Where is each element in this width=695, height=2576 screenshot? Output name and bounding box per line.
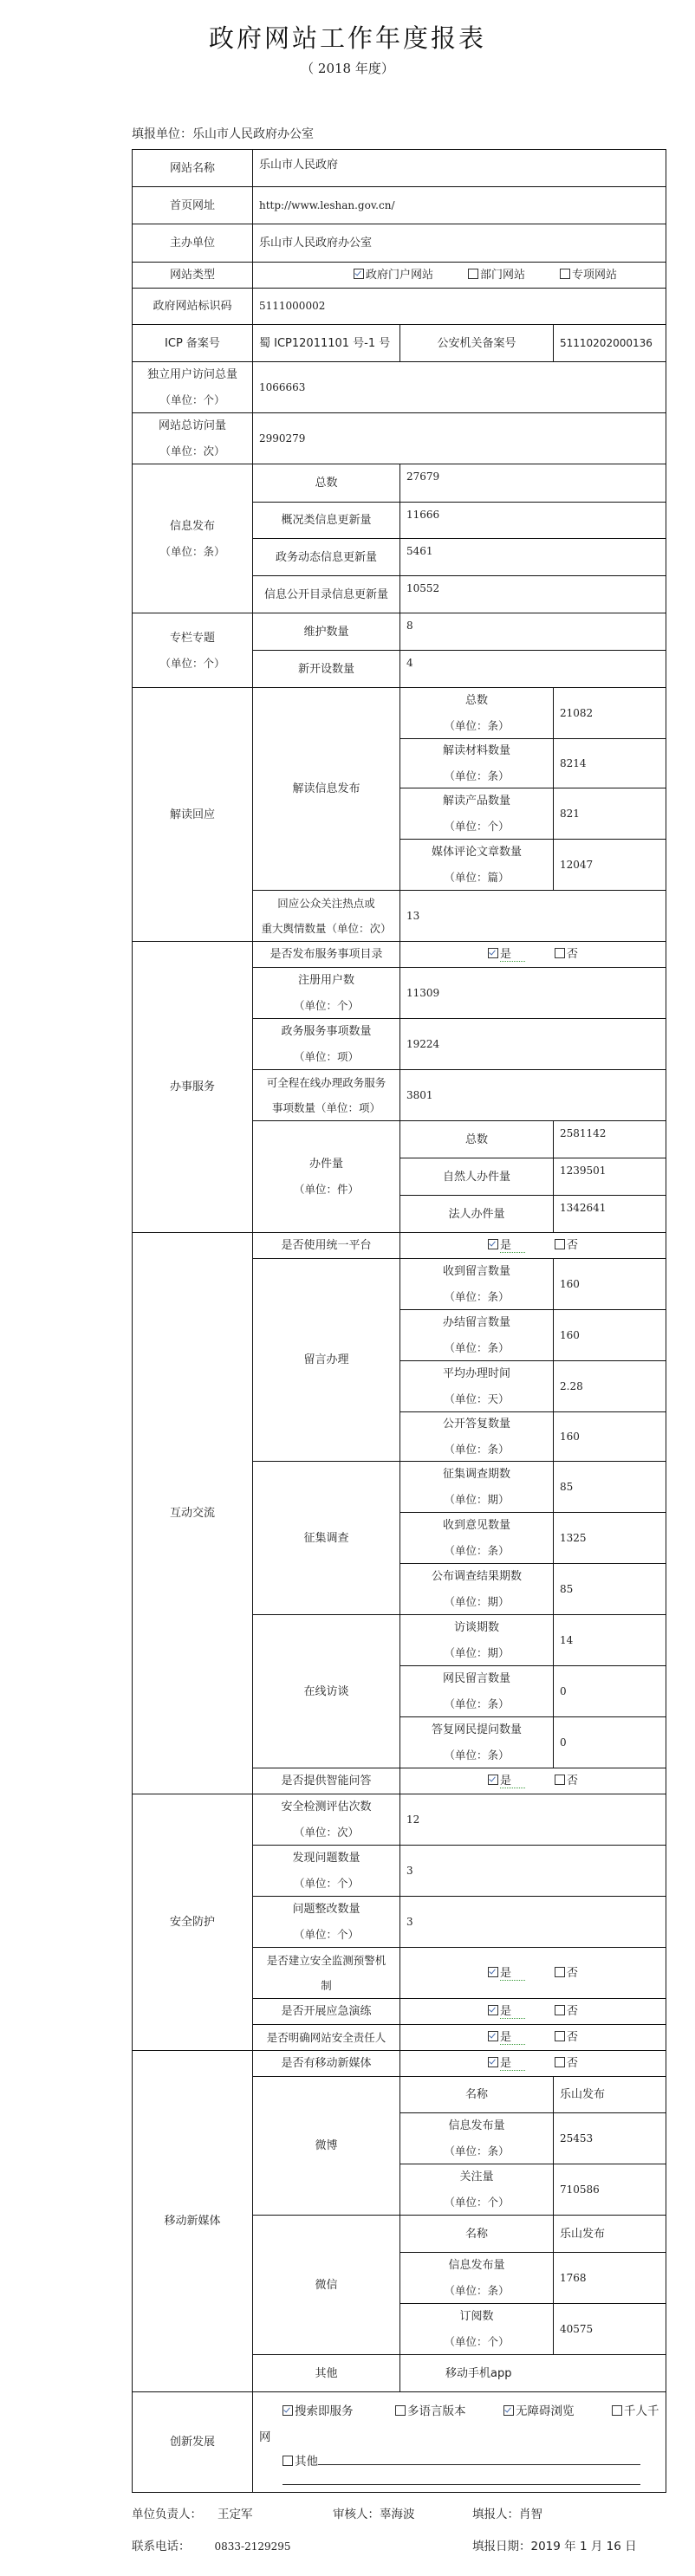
msg-received-value: 160 (553, 1258, 666, 1310)
innovation-options: 搜索即服务 多语言版本 无障碍浏览 千人千 网 其他 (252, 2391, 666, 2493)
interp-product-label: 解读产品数量（单位：个） (399, 788, 554, 840)
msg-received-label: 收到留言数量（单位：条） (399, 1258, 554, 1310)
msg-closed-label: 办结留言数量（单位：条） (399, 1309, 554, 1361)
opt-personalized[interactable]: 千人千 (612, 2401, 659, 2418)
police-value: 51110202000136 (553, 324, 666, 362)
info-dynamics-label: 政务动态信息更新量 (252, 538, 400, 576)
survey-periods-label: 征集调查期数（单位：期） (399, 1461, 554, 1513)
columns-maintain-value: 8 (399, 613, 666, 651)
owner-label: 是否明确网站安全责任人 (252, 2024, 400, 2051)
msg-public-value: 160 (553, 1411, 666, 1462)
columns-maintain-label: 维护数量 (252, 613, 400, 651)
yes-option[interactable]: 是 (488, 2051, 525, 2076)
site-type-department[interactable]: 部门网站 (468, 263, 525, 288)
interview-answers-label: 答复网民提问数量（单位：条） (399, 1716, 554, 1768)
catalog-yes-no: 是否 (399, 941, 666, 968)
security-found-value: 3 (399, 1845, 666, 1897)
yes-option[interactable]: 是 (488, 1961, 525, 1986)
cases-label: 办件量（单位：件） (252, 1120, 400, 1233)
innovation-label: 创新发展 (132, 2391, 253, 2493)
cases-total-value: 2581142 (553, 1120, 666, 1158)
fill-unit-value: 乐山市人民政府办公室 (192, 127, 314, 141)
checkbox-empty-icon[interactable] (612, 2405, 622, 2416)
reviewer: 审核人：辜海波 (333, 2504, 415, 2521)
site-type-special[interactable]: 专项网站 (560, 263, 617, 288)
info-catalog-label: 信息公开目录信息更新量 (252, 575, 400, 613)
checkbox-empty-icon[interactable] (555, 2057, 565, 2067)
checkbox-empty-icon[interactable] (555, 2031, 565, 2041)
survey-opinions-label: 收到意见数量（单位：条） (399, 1512, 554, 1564)
msg-avg-time-label: 平均办理时间（单位：天） (399, 1360, 554, 1412)
interview-periods-label: 访谈期数（单位：期） (399, 1614, 554, 1666)
checkbox-checked-icon[interactable] (283, 2405, 293, 2416)
msg-avg-time-value: 2.28 (553, 1360, 666, 1412)
security-found-label: 发现问题数量（单位：个） (252, 1845, 400, 1897)
info-overview-label: 概况类信息更新量 (252, 502, 400, 539)
checkbox-empty-icon[interactable] (560, 269, 570, 279)
checkbox-empty-icon[interactable] (395, 2405, 406, 2416)
hotspot-label: 回应公众关注热点或重大舆情数量（单位：次） (252, 890, 400, 942)
interview-messages-label: 网民留言数量（单位：条） (399, 1665, 554, 1717)
interp-material-label: 解读材料数量（单位：条） (399, 738, 554, 788)
wechat-name-value: 乐山发布 (553, 2215, 666, 2253)
platform-yes-no: 是否 (399, 1232, 666, 1259)
security-label: 安全防护 (132, 1794, 253, 2051)
checkbox-empty-icon[interactable] (555, 1967, 565, 1977)
weibo-followers-value: 710586 (553, 2164, 666, 2216)
survey-opinions-value: 1325 (553, 1512, 666, 1564)
other-input-line[interactable] (318, 2452, 640, 2465)
interaction-label: 互动交流 (132, 1232, 253, 1794)
columns-label: 专栏专题（单位：个） (132, 613, 253, 688)
columns-new-value: 4 (399, 650, 666, 688)
service-items-label: 政务服务事项数量（单位：项） (252, 1018, 400, 1070)
wechat-name-label: 名称 (399, 2215, 554, 2253)
other-media-label: 其他 (252, 2354, 400, 2392)
info-overview-value: 11666 (399, 502, 666, 539)
fill-unit: 填报单位：乐山市人民政府办公室 (132, 125, 314, 142)
homepage-value: http://www.leshan.gov.cn/ (252, 186, 666, 224)
checkbox-checked-icon[interactable] (488, 2005, 498, 2015)
yes-option[interactable]: 是 (488, 942, 525, 967)
cases-total-label: 总数 (399, 1120, 554, 1158)
checkbox-checked-icon[interactable] (488, 1239, 498, 1249)
sponsor-value: 乐山市人民政府办公室 (252, 224, 666, 263)
security-fixed-label: 问题整改数量（单位：个） (252, 1896, 400, 1948)
checkbox-empty-icon[interactable] (555, 1775, 565, 1785)
checkbox-empty-icon[interactable] (555, 948, 565, 958)
warning-yes-no: 是否 (399, 1947, 666, 1999)
checkbox-checked-icon[interactable] (488, 2031, 498, 2041)
wechat-subscribers-value: 40575 (553, 2303, 666, 2355)
icp-value: 蜀 ICP12011101 号-1 号 (252, 324, 400, 362)
has-media-label: 是否有移动新媒体 (252, 2050, 400, 2077)
checkbox-empty-icon[interactable] (468, 269, 478, 279)
cases-legal-label: 法人办件量 (399, 1195, 554, 1233)
no-option[interactable]: 否 (555, 1999, 578, 2024)
online-items-label: 可全程在线办理政务服务事项数量（单位：项） (252, 1069, 400, 1121)
yes-option[interactable]: 是 (488, 1999, 525, 2024)
info-total-value: 27679 (399, 464, 666, 503)
info-publish-label: 信息发布（单位：条） (132, 464, 253, 613)
site-type-label: 网站类型 (132, 262, 253, 289)
columns-new-label: 新开设数量 (252, 650, 400, 688)
uv-value: 1066663 (252, 361, 666, 413)
interpretation-publish-label: 解读信息发布 (252, 687, 400, 891)
survey-label: 征集调查 (252, 1461, 400, 1615)
sponsor-label: 主办单位 (132, 224, 253, 263)
cases-person-label: 自然人办件量 (399, 1158, 554, 1196)
interp-total-label: 总数（单位：条） (399, 687, 554, 739)
no-option[interactable]: 否 (555, 1233, 578, 1258)
weibo-posts-label: 信息发布量（单位：条） (399, 2112, 554, 2164)
owner-yes-no: 是否 (399, 2024, 666, 2051)
catalog-label: 是否发布服务事项目录 (252, 941, 400, 968)
pv-value: 2990279 (252, 412, 666, 464)
site-type-options: 政府门户网站 部门网站 专项网站 (252, 262, 666, 289)
registered-label: 注册用户数（单位：个） (252, 967, 400, 1019)
uv-label: 独立用户访问总量（单位：个） (132, 361, 253, 413)
police-label: 公安机关备案号 (399, 324, 554, 362)
weibo-name-value: 乐山发布 (553, 2076, 666, 2113)
security-fixed-value: 3 (399, 1896, 666, 1948)
platform-label: 是否使用统一平台 (252, 1232, 400, 1259)
weibo-label: 微博 (252, 2076, 400, 2216)
survey-results-value: 85 (553, 1563, 666, 1615)
site-name-value: 乐山市人民政府 (252, 149, 666, 187)
interp-media-value: 12047 (553, 839, 666, 891)
interp-media-label: 媒体评论文章数量（单位：篇） (399, 839, 554, 891)
security-checks-value: 12 (399, 1794, 666, 1846)
checkbox-empty-icon[interactable] (555, 1239, 565, 1249)
media-label: 移动新媒体 (132, 2050, 253, 2392)
survey-results-label: 公布调查结果期数（单位：期） (399, 1563, 554, 1615)
interp-product-value: 821 (553, 788, 666, 840)
checkbox-empty-icon[interactable] (283, 2456, 293, 2466)
interview-label: 在线访谈 (252, 1614, 400, 1768)
info-catalog-value: 10552 (399, 575, 666, 613)
wechat-label: 微信 (252, 2215, 400, 2355)
checkbox-checked-icon[interactable] (488, 2057, 498, 2067)
yes-option[interactable]: 是 (488, 2025, 525, 2050)
wechat-subscribers-label: 订阅数（单位：个） (399, 2303, 554, 2355)
info-dynamics-value: 5461 (399, 538, 666, 576)
interp-total-value: 21082 (553, 687, 666, 739)
interview-messages-value: 0 (553, 1665, 666, 1717)
msg-public-label: 公开答复数量（单位：条） (399, 1411, 554, 1462)
service-items-value: 19224 (399, 1018, 666, 1070)
survey-periods-value: 85 (553, 1461, 666, 1513)
checkbox-empty-icon[interactable] (555, 2005, 565, 2015)
yes-option[interactable]: 是 (488, 1768, 525, 1794)
opt-multilingual[interactable]: 多语言版本 (395, 2401, 466, 2418)
checkbox-checked-icon[interactable] (488, 948, 498, 958)
smart-qa-label: 是否提供智能问答 (252, 1768, 400, 1794)
weibo-posts-value: 25453 (553, 2112, 666, 2164)
cases-legal-value: 1342641 (553, 1195, 666, 1233)
no-option[interactable]: 否 (555, 2025, 578, 2050)
opt-search-service[interactable]: 搜索即服务 (283, 2401, 354, 2418)
has-media-yes-no: 是否 (399, 2050, 666, 2077)
pv-label: 网站总访问量（单位：次） (132, 412, 253, 464)
weibo-name-label: 名称 (399, 2076, 554, 2113)
checkbox-checked-icon[interactable] (488, 1967, 498, 1977)
warning-label: 是否建立安全监测预警机制 (252, 1947, 400, 1999)
interp-material-value: 8214 (553, 738, 666, 788)
yes-option[interactable]: 是 (488, 1233, 525, 1258)
site-id-label: 政府网站标识码 (132, 288, 253, 325)
filler: 填报人：肖智 (472, 2504, 542, 2521)
drill-label: 是否开展应急演练 (252, 1998, 400, 2025)
smart-qa-yes-no: 是否 (399, 1768, 666, 1794)
services-label: 办事服务 (132, 941, 253, 1233)
no-option[interactable]: 否 (555, 1961, 578, 1986)
no-option[interactable]: 否 (555, 2051, 578, 2076)
report-title: 政府网站工作年度报表 (0, 19, 695, 55)
homepage-label: 首页网址 (132, 186, 253, 224)
opt-accessibility[interactable]: 无障碍浏览 (503, 2401, 575, 2418)
site-type-portal[interactable]: 政府门户网站 (354, 263, 433, 288)
hotspot-value: 13 (399, 890, 666, 942)
opt-personalized-wrap: 网 (259, 2427, 271, 2444)
fill-date: 填报日期：2019 年 1 月 16 日 (472, 2536, 637, 2553)
checkbox-checked-icon[interactable] (503, 2405, 514, 2416)
drill-yes-no: 是否 (399, 1998, 666, 2025)
no-option[interactable]: 否 (555, 1768, 578, 1794)
phone: 联系电话：0833-2129295 (132, 2536, 291, 2553)
online-items-value: 3801 (399, 1069, 666, 1121)
opt-other[interactable]: 其他 (283, 2451, 640, 2469)
msg-closed-value: 160 (553, 1309, 666, 1361)
weibo-followers-label: 关注量（单位：个） (399, 2164, 554, 2216)
info-total-label: 总数 (252, 464, 400, 503)
report-year: （ 2018 年度） (0, 59, 695, 77)
security-checks-label: 安全检测评估次数（单位：次） (252, 1794, 400, 1846)
messages-label: 留言办理 (252, 1258, 400, 1462)
leader: 单位负责人：王定军 (132, 2504, 253, 2521)
registered-value: 11309 (399, 967, 666, 1019)
other-input-line-2[interactable] (283, 2472, 640, 2485)
site-name-label: 网站名称 (132, 149, 253, 187)
site-id-value: 5111000002 (252, 288, 666, 325)
cases-person-value: 1239501 (553, 1158, 666, 1196)
wechat-posts-value: 1768 (553, 2252, 666, 2304)
icp-label: ICP 备案号 (132, 324, 253, 362)
interpretation-label: 解读回应 (132, 687, 253, 942)
interview-periods-value: 14 (553, 1614, 666, 1666)
checkbox-checked-icon[interactable] (488, 1775, 498, 1785)
other-media-value: 移动手机app (399, 2354, 666, 2392)
no-option[interactable]: 否 (555, 942, 578, 967)
fill-unit-label: 填报单位： (132, 127, 192, 141)
checkbox-checked-icon[interactable] (354, 269, 364, 279)
wechat-posts-label: 信息发布量（单位：条） (399, 2252, 554, 2304)
interview-answers-value: 0 (553, 1716, 666, 1768)
